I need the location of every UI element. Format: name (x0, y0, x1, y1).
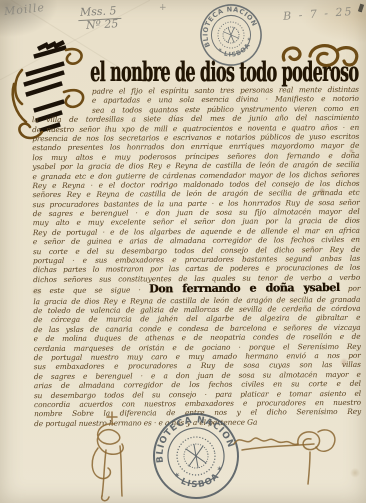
manuscript-body: padre el fijo el espíritu santo tres per… (32, 85, 361, 428)
manuscript-subnumber: Nº 25 (86, 17, 119, 32)
body-lines: la villa de tordesillas a siete días del… (32, 113, 360, 284)
body-intro-lines: padre el fijo el espíritu santo tres per… (32, 85, 359, 115)
pencil-scribble: Moille (3, 1, 45, 18)
manuscript-page: Moille Mss. 5 Nº 25 + B - 7 - 25 - BIBLI… (0, 0, 366, 503)
heading-suffix: por (348, 284, 360, 293)
document-title: el nonbre de dios todo poderoso (90, 56, 359, 88)
royal-names-heading: Don ferrnando e doña ysabel (149, 281, 340, 295)
signature-right (230, 418, 342, 488)
heading-prefix: es este que se sigue · (33, 286, 141, 296)
cross-mark: + (159, 3, 167, 13)
shelfmark: B - 7 - 25 - (283, 4, 365, 23)
rubric-signature-left (76, 406, 148, 502)
